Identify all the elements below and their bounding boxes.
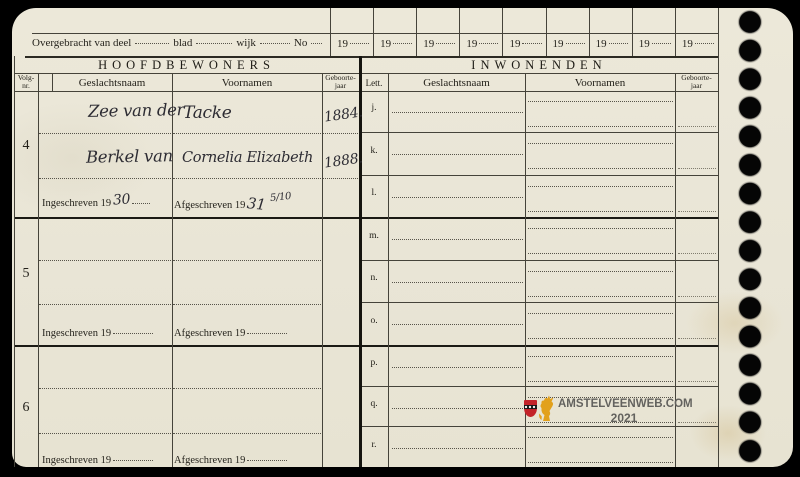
- lett-label: m.: [360, 231, 388, 241]
- lion-icon: [538, 394, 556, 422]
- row-number: 4: [14, 138, 38, 154]
- dotted-leader: [695, 43, 714, 44]
- header-geslachtsnaam: Geslachtsnaam: [52, 77, 172, 89]
- lett-label: o.: [360, 316, 388, 326]
- entry-line: [173, 304, 321, 305]
- dotted-leader: [113, 460, 153, 461]
- year-cell: 19: [589, 8, 632, 56]
- year-cell-label: 19: [639, 38, 650, 50]
- entry-line: [173, 260, 321, 261]
- entry-line: [678, 381, 716, 382]
- watermark-year: 2021: [558, 411, 690, 425]
- rule: [718, 56, 719, 467]
- dotted-leader: [247, 333, 287, 334]
- ingeschreven-label: Ingeschreven 19: [42, 198, 111, 209]
- dotted-leader: [350, 43, 369, 44]
- transfer-deel-label: Overgebracht van deel: [32, 37, 131, 49]
- entry-line: [528, 437, 673, 438]
- entry-line: [392, 408, 523, 409]
- lett-label: p.: [360, 358, 388, 368]
- entry-line: [392, 239, 523, 240]
- year-cell: 19: [502, 8, 545, 56]
- rule: [360, 260, 718, 261]
- dotted-leader: [609, 43, 628, 44]
- handwritten-firstnames: Tacke: [183, 103, 232, 123]
- entry-line: [39, 260, 171, 261]
- transfer-no-label: No: [294, 37, 307, 49]
- afgeschreven-line: Afgeschreven 19: [174, 328, 287, 339]
- entry-line: [528, 338, 673, 339]
- header-volgnr-line2: nr.: [22, 81, 30, 90]
- entry-line: [678, 211, 716, 212]
- entry-line: [173, 133, 321, 134]
- entry-line: [678, 296, 716, 297]
- rule: [360, 132, 718, 133]
- entry-line: [392, 112, 523, 113]
- entry-line: [528, 101, 673, 102]
- entry-line: [528, 186, 673, 187]
- rule: [32, 33, 718, 34]
- scan-background: 19 19 19 19 19 19 19 19 19 Overgebracht …: [0, 0, 800, 477]
- afgeschreven-line: Afgeschreven 19 31 5/10: [174, 194, 291, 212]
- dotted-leader: [652, 43, 671, 44]
- rule: [14, 73, 718, 74]
- entry-line: [39, 133, 171, 134]
- entry-line: [39, 304, 171, 305]
- entry-line: [528, 228, 673, 229]
- header-geslachtsnaam-right: Geslachtsnaam: [388, 77, 525, 89]
- entry-line: [39, 178, 171, 179]
- lett-label: q.: [360, 399, 388, 409]
- entry-line: [528, 143, 673, 144]
- year-cell-label: 19: [423, 38, 434, 50]
- rule: [360, 302, 718, 303]
- afgeschreven-label: Afgeschreven 19: [174, 455, 245, 466]
- entry-line: [678, 253, 716, 254]
- dotted-leader: [436, 43, 455, 44]
- entry-line: [392, 197, 523, 198]
- shield-band: [524, 405, 537, 409]
- entry-line: [528, 168, 673, 169]
- transfer-wijk-label: wijk: [236, 37, 256, 49]
- entry-line: [528, 462, 673, 463]
- year-cell: 19: [373, 8, 416, 56]
- entry-line: [678, 338, 716, 339]
- year-cell-label: 19: [553, 38, 564, 50]
- entry-line: [678, 168, 716, 169]
- entry-line: [678, 126, 716, 127]
- header-geboortejaar-line2: jaar: [335, 81, 346, 90]
- year-cell: 19: [632, 8, 675, 56]
- row-number: 6: [14, 400, 38, 416]
- dotted-leader: [247, 460, 287, 461]
- section-title-hoofdbewoners: HOOFDBEWONERS: [14, 58, 359, 73]
- year-cell-label: 19: [596, 38, 607, 50]
- entry-line: [392, 282, 523, 283]
- lett-label: n.: [360, 273, 388, 283]
- year-cell-label: 19: [466, 38, 477, 50]
- rule: [14, 91, 718, 92]
- year-cells-strip: 19 19 19 19 19 19 19 19 19: [330, 8, 719, 56]
- header-lett: Lett.: [360, 78, 388, 88]
- rule: [14, 345, 718, 347]
- entry-line: [173, 433, 321, 434]
- transfer-row: Overgebracht van deel blad wijk No: [32, 37, 326, 49]
- ingeschreven-line: Ingeschreven 19: [42, 328, 153, 339]
- lett-label: j.: [360, 103, 388, 113]
- handwritten-afgeschreven-year: 31: [247, 194, 267, 214]
- lett-label: r.: [360, 440, 388, 450]
- year-cell: 19: [459, 8, 502, 56]
- lett-label: k.: [360, 146, 388, 156]
- entry-line: [392, 448, 523, 449]
- rule: [360, 175, 718, 176]
- entry-line: [528, 211, 673, 212]
- year-cell-label: 19: [380, 38, 391, 50]
- entry-line: [528, 356, 673, 357]
- ingeschreven-label: Ingeschreven 19: [42, 455, 111, 466]
- header-geboortejaar-right: Geboorte- jaar: [675, 74, 718, 90]
- dotted-leader: [196, 43, 232, 44]
- dotted-leader: [566, 43, 585, 44]
- entry-line: [528, 253, 673, 254]
- header-volgnr: Volg- nr.: [14, 74, 38, 90]
- dotted-leader: [113, 333, 153, 334]
- header-geboortejaar: Geboorte- jaar: [322, 74, 359, 90]
- rule: [388, 73, 389, 467]
- rule: [360, 386, 718, 387]
- year-cell: 19: [675, 8, 718, 56]
- entry-line: [173, 388, 321, 389]
- amstelveen-coat-of-arms: [524, 400, 537, 417]
- registration-card: 19 19 19 19 19 19 19 19 19 Overgebracht …: [12, 8, 793, 467]
- dotted-leader: [311, 43, 322, 44]
- entry-line: [323, 178, 358, 179]
- entry-line: [323, 133, 358, 134]
- entry-line: [39, 388, 171, 389]
- year-cell-label: 19: [509, 38, 520, 50]
- entry-line: [528, 296, 673, 297]
- transfer-blad-label: blad: [173, 37, 192, 49]
- entry-line: [528, 381, 673, 382]
- header-geboortejaar-right-line2: jaar: [691, 81, 702, 90]
- handwritten-afgeschreven-date-fraction: 5/10: [269, 191, 291, 204]
- entry-line: [39, 433, 171, 434]
- entry-line: [528, 271, 673, 272]
- year-cell-label: 19: [682, 38, 693, 50]
- entry-line: [392, 367, 523, 368]
- header-voornamen-right: Voornamen: [525, 77, 675, 89]
- entry-line: [392, 324, 523, 325]
- handwritten-surname: Berkel van: [86, 146, 173, 167]
- dotted-leader: [135, 43, 169, 44]
- handwritten-birthyear: 1888.: [323, 150, 363, 171]
- row-number: 5: [14, 266, 38, 282]
- ingeschreven-label: Ingeschreven 19: [42, 328, 111, 339]
- dotted-leader: [393, 43, 412, 44]
- header-voornamen: Voornamen: [172, 77, 322, 89]
- year-cell: 19: [330, 8, 373, 56]
- handwritten-birthyear: 1884.: [323, 104, 363, 125]
- year-cell-label: 19: [337, 38, 348, 50]
- dotted-leader: [522, 43, 541, 44]
- entry-line: [528, 313, 673, 314]
- dotted-leader: [260, 43, 290, 44]
- lett-label: l.: [360, 188, 388, 198]
- ingeschreven-line: Ingeschreven 19 30: [42, 194, 150, 210]
- section-title-inwonenden: INWONENDEN: [360, 58, 718, 73]
- entry-line: [173, 178, 321, 179]
- rule: [14, 217, 718, 219]
- afgeschreven-label: Afgeschreven 19: [174, 200, 245, 211]
- watermark-site: AMSTELVEENWEB.COM: [558, 398, 690, 410]
- rule: [360, 426, 718, 427]
- entry-line: [528, 126, 673, 127]
- ingeschreven-line: Ingeschreven 19: [42, 455, 153, 466]
- afgeschreven-line: Afgeschreven 19: [174, 455, 287, 466]
- year-cell: 19: [546, 8, 589, 56]
- entry-line: [392, 154, 523, 155]
- dotted-leader: [132, 203, 150, 204]
- handwritten-surname: Zee van der: [88, 100, 185, 121]
- year-cell: 19: [416, 8, 459, 56]
- afgeschreven-label: Afgeschreven 19: [174, 328, 245, 339]
- handwritten-ingeschreven-year: 30: [113, 191, 131, 208]
- punch-holes: [728, 8, 772, 466]
- dotted-leader: [479, 43, 498, 44]
- handwritten-firstnames: Cornelia Elizabeth: [182, 150, 313, 166]
